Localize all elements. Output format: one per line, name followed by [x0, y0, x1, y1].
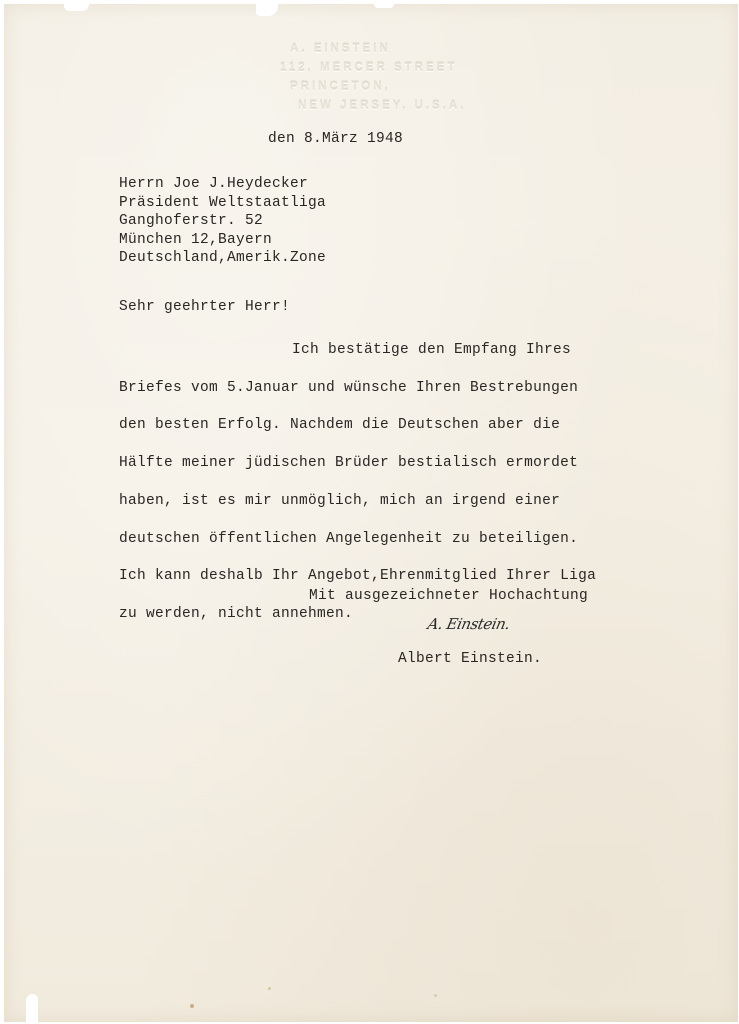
address-line: München 12,Bayern — [119, 231, 326, 250]
foxing-spot — [190, 1004, 194, 1008]
foxing-spot — [268, 987, 271, 990]
torn-edge — [374, 4, 394, 8]
salutation: Sehr geehrter Herr! — [119, 299, 290, 315]
letterhead-line: 112, MERCER STREET — [280, 59, 466, 78]
address-line: Ganghoferstr. 52 — [119, 212, 326, 231]
torn-edge — [64, 4, 89, 11]
body-line: haben, ist es mir unmöglich, mich an irg… — [119, 483, 596, 521]
foxing-spot — [434, 994, 437, 997]
letterhead-line: NEW JERSEY, U.S.A. — [280, 97, 466, 116]
letterhead-line: PRINCETON, — [280, 78, 466, 97]
body-line: den besten Erfolg. Nachdem die Deutschen… — [119, 407, 596, 445]
body-line: deutschen öffentlichen Angelegenheit zu … — [119, 521, 596, 559]
closing-phrase: Mit ausgezeichneter Hochachtung — [309, 588, 588, 604]
embossed-letterhead: A. EINSTEIN 112, MERCER STREET PRINCETON… — [280, 40, 466, 116]
address-line: Herrn Joe J.Heydecker — [119, 175, 326, 194]
recipient-address: Herrn Joe J.Heydecker Präsident Weltstaa… — [119, 175, 326, 268]
body-line: Briefes vom 5.Januar und wünsche Ihren B… — [119, 370, 596, 408]
address-line: Deutschland,Amerik.Zone — [119, 249, 326, 268]
torn-edge — [26, 994, 38, 1024]
address-line: Präsident Weltstaatliga — [119, 194, 326, 213]
handwritten-signature: A. Einstein. — [426, 615, 511, 633]
letterhead-line: A. EINSTEIN — [280, 40, 466, 59]
printed-name: Albert Einstein. — [398, 651, 542, 667]
torn-edge — [256, 4, 278, 16]
body-line: Hälfte meiner jüdischen Brüder bestialis… — [119, 445, 596, 483]
letter-date: den 8.März 1948 — [268, 131, 403, 147]
body-line: Ich bestätige den Empfang Ihres — [119, 332, 596, 370]
